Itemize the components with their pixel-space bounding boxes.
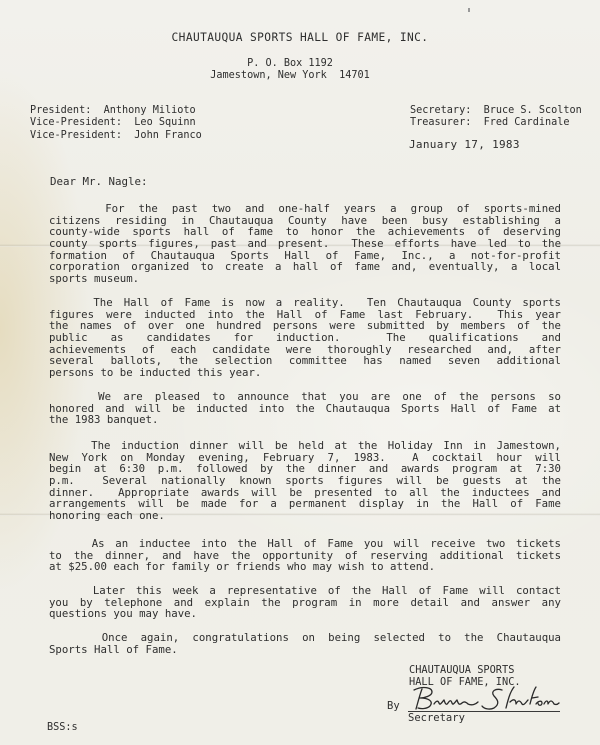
officers-right: Secretary: Bruce S. Scolton Treasurer: F… [410, 105, 582, 130]
officers-left: President: Anthony Milioto Vice-Presiden… [30, 105, 202, 142]
paper-speck [468, 8, 470, 12]
body-paragraph: The induction dinner will be held at the… [49, 440, 561, 522]
letterhead-organization: CHAUTAUQUA SPORTS HALL OF FAME, INC. [0, 31, 600, 44]
paragraph-line: For the past two and one-half years a gr… [49, 203, 561, 215]
officer-name: Bruce S. Scolton [484, 105, 582, 116]
officer-secretary: Secretary: Bruce S. Scolton [410, 105, 582, 117]
salutation: Dear Mr. Nagle: [50, 175, 148, 188]
paragraph-line: Sports Hall of Fame. [49, 644, 561, 656]
officer-name: Fred Cardinale [484, 117, 570, 128]
officer-role: Secretary: [410, 105, 471, 116]
closing-line: CHAUTAUQUA SPORTS [409, 665, 521, 677]
body-paragraph: We are pleased to announce that you are … [49, 391, 561, 426]
paragraph-line: We are pleased to announce that you are … [49, 391, 561, 403]
signer-title: Secretary [408, 712, 465, 724]
officer-vice-president: Vice-President: Leo Squinn [30, 117, 202, 129]
signature-icon [410, 684, 560, 714]
officer-role: Treasurer: [410, 117, 471, 128]
reference-initials: BSS:s [47, 722, 78, 733]
body-paragraph: The Hall of Fame is now a reality. Ten C… [49, 297, 561, 379]
paragraph-line: p.m. Several nationally known sports fig… [49, 475, 561, 487]
paragraph-line: The induction dinner will be held at the… [49, 440, 561, 452]
paragraph-line: honoring each one. [49, 510, 561, 522]
letterhead-city: Jamestown, New York 14701 [0, 70, 590, 81]
officer-name: Leo Squinn [134, 117, 195, 128]
letterhead-po-box: P. O. Box 1192 [0, 58, 590, 69]
officer-name: John Franco [134, 130, 201, 141]
officer-president: President: Anthony Milioto [30, 105, 202, 117]
paragraph-line: Once again, congratulations on being sel… [49, 632, 561, 644]
body-paragraph: As an inductee into the Hall of Fame you… [49, 538, 561, 573]
paragraph-line: As an inductee into the Hall of Fame you… [49, 538, 561, 550]
body-paragraph: Once again, congratulations on being sel… [49, 632, 561, 655]
officer-role: President: [30, 105, 91, 116]
officer-vice-president: Vice-President: John Franco [30, 130, 202, 142]
paragraph-line: county sports figures, past and present.… [49, 238, 561, 250]
paragraph-line: questions you may have. [49, 608, 561, 620]
paragraph-line: sports museum. [49, 273, 561, 285]
paragraph-line: at $25.00 each for family or friends who… [49, 561, 561, 573]
by-label: By [387, 700, 400, 712]
letter-date: January 17, 1983 [409, 138, 520, 151]
paragraph-line: public as candidates for induction. The … [49, 332, 561, 344]
paragraph-line: the 1983 banquet. [49, 414, 561, 426]
officer-name: Anthony Milioto [104, 105, 196, 116]
paragraph-line: The Hall of Fame is now a reality. Ten C… [49, 297, 561, 309]
paragraph-line: persons to be inducted this year. [49, 367, 561, 379]
officer-role: Vice-President: [30, 117, 122, 128]
officer-treasurer: Treasurer: Fred Cardinale [410, 117, 582, 129]
body-paragraph: Later this week a representative of the … [49, 585, 561, 620]
paragraph-line: Later this week a representative of the … [49, 585, 561, 597]
body-paragraph: For the past two and one-half years a gr… [49, 203, 561, 285]
officer-role: Vice-President: [30, 130, 122, 141]
